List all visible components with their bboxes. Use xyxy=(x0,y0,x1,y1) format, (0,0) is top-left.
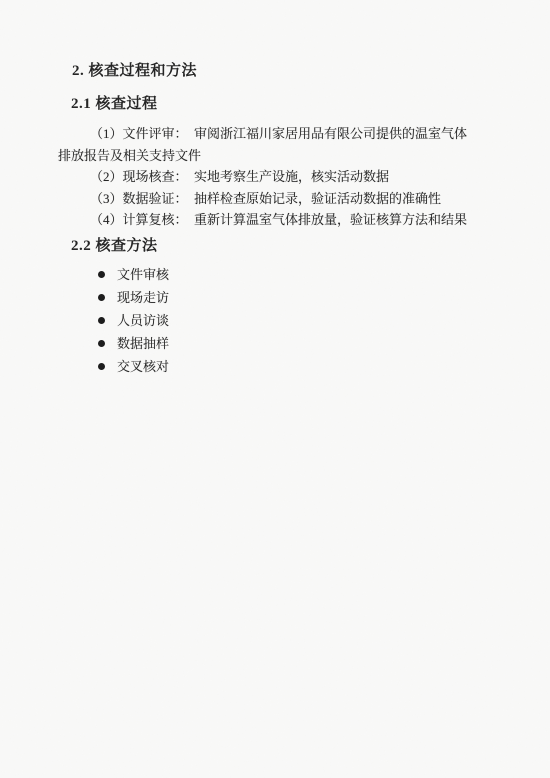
bullet-icon xyxy=(98,294,105,301)
list-item-label: 交叉核对 xyxy=(117,359,169,374)
list-item-data-sampling: 数据抽样 xyxy=(58,332,478,355)
verification-step-document-review: （1）文件评审： 审阅浙江福川家居用品有限公司提供的温室气体排放报告及相关支持文… xyxy=(58,123,478,166)
list-item-site-visit: 现场走访 xyxy=(58,286,478,309)
list-item-document-audit: 文件审核 xyxy=(58,263,478,286)
section-heading-2-1: 2.1 核查过程 xyxy=(71,96,478,113)
bullet-icon xyxy=(98,363,105,370)
section-heading-2-2: 2.2 核查方法 xyxy=(71,238,478,255)
bullet-icon xyxy=(98,340,105,347)
verification-step-data-validation: （3）数据验证： 抽样检查原始记录，验证活动数据的准确性 xyxy=(58,188,478,210)
verification-step-site-check: （2）现场核查： 实地考察生产设施，核实活动数据 xyxy=(58,166,478,188)
chapter-heading: 2. 核查过程和方法 xyxy=(72,62,478,80)
list-item-cross-check: 交叉核对 xyxy=(58,355,478,378)
list-item-label: 现场走访 xyxy=(117,290,169,305)
document-page: 2. 核查过程和方法 2.1 核查过程 （1）文件评审： 审阅浙江福川家居用品有… xyxy=(0,0,550,778)
list-item-label: 数据抽样 xyxy=(117,336,169,351)
bullet-icon xyxy=(98,317,105,324)
verification-step-recalculation: （4）计算复核： 重新计算温室气体排放量，验证核算方法和结果 xyxy=(58,209,478,231)
bullet-icon xyxy=(98,271,105,278)
list-item-label: 人员访谈 xyxy=(117,313,169,328)
method-list: 文件审核 现场走访 人员访谈 数据抽样 交叉核对 xyxy=(58,263,478,379)
list-item-personnel-interview: 人员访谈 xyxy=(58,309,478,332)
list-item-label: 文件审核 xyxy=(117,267,169,282)
